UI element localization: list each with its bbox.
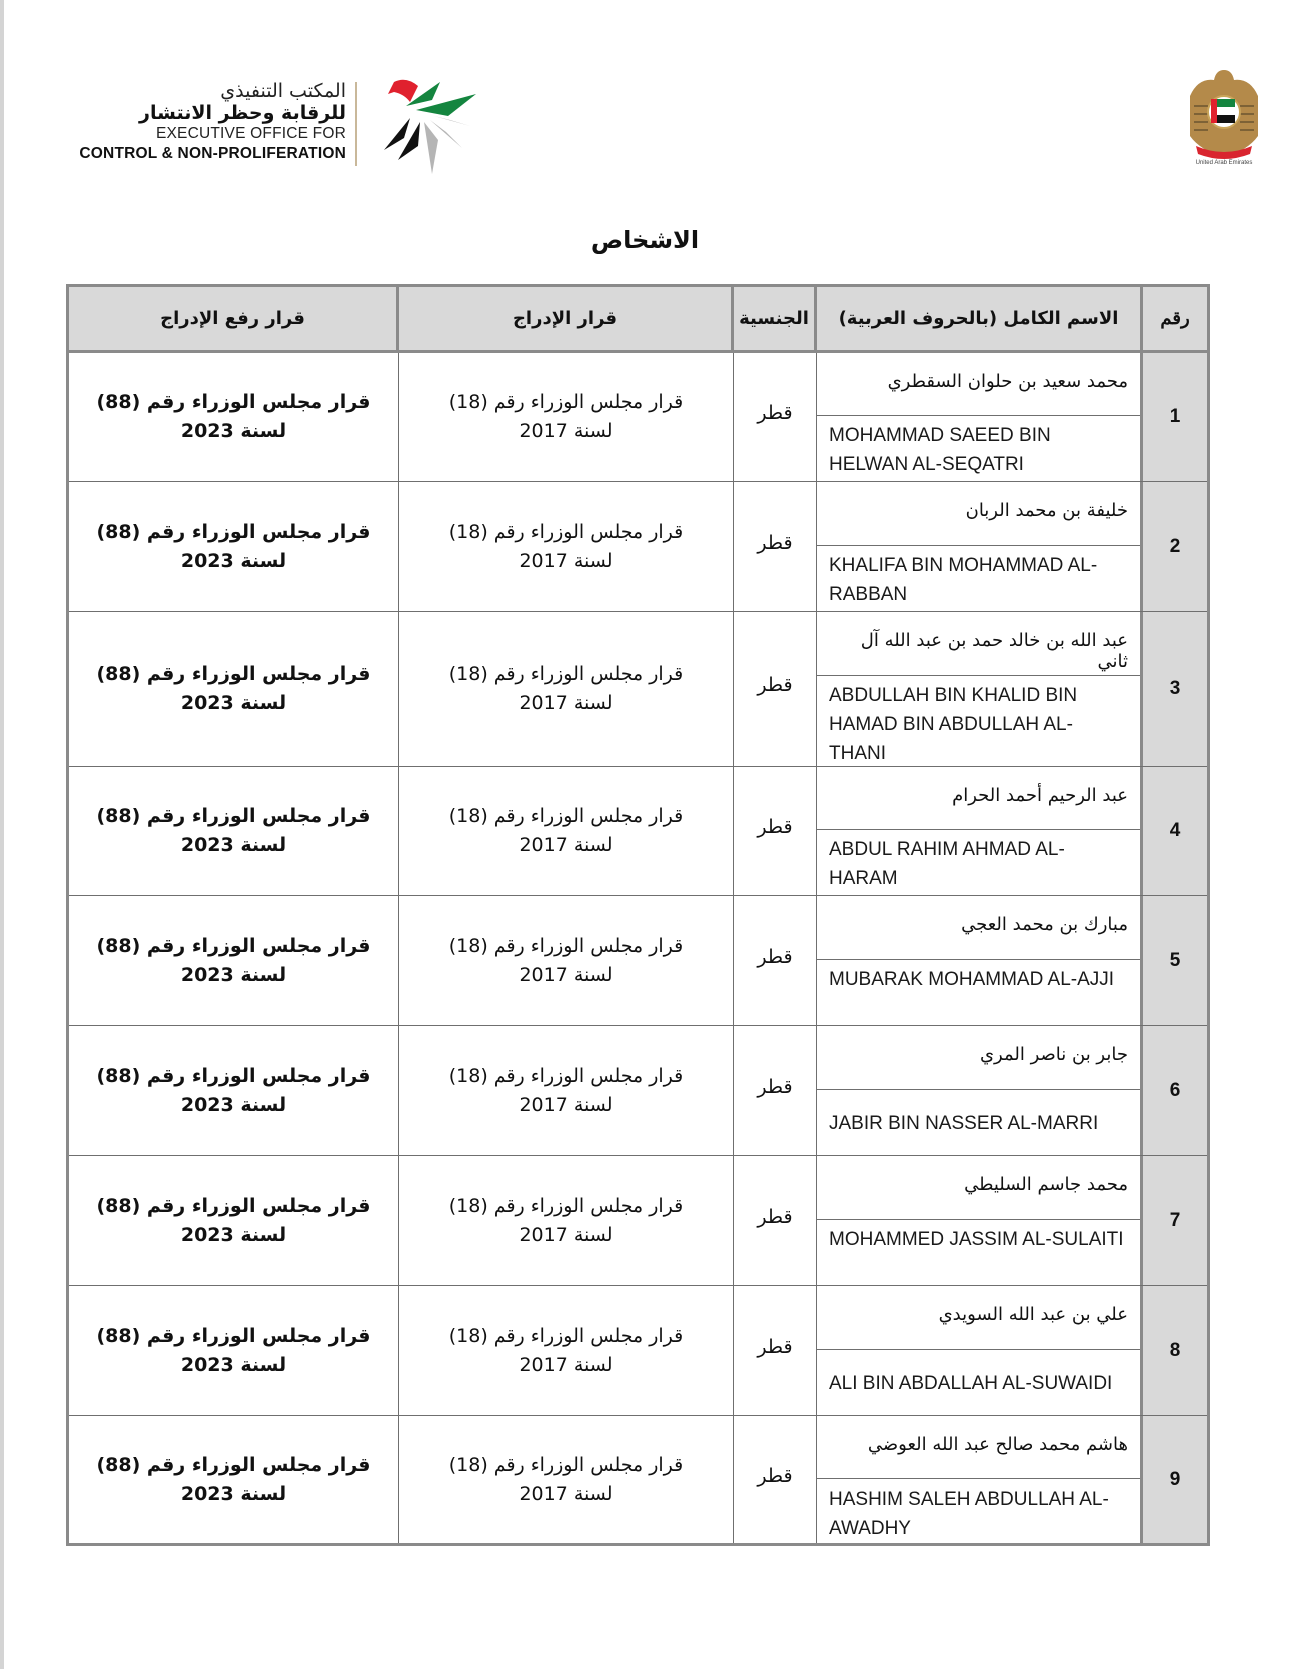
name-en: MUBARAK MOHAMMAD AL-AJJI (817, 959, 1140, 1025)
name-cell: محمد سعيد بن حلوان السقطري MOHAMMAD SAEE… (817, 353, 1143, 481)
name-cell: عبد الله بن خالد حمد بن عبد الله آل ثاني… (817, 612, 1143, 766)
name-en: HASHIM SALEH ABDULLAH AL-AWADHY (817, 1479, 1140, 1543)
table-row: قرار مجلس الوزراء رقم (88) لسنة 2023 قرا… (69, 767, 1207, 896)
listing-cell: قرار مجلس الوزراء رقم (18) لسنة 2017 (399, 767, 734, 895)
row-number: 1 (1143, 353, 1207, 481)
name-en: JABIR BIN NASSER AL-MARRI (817, 1089, 1140, 1155)
col-header-listing: قرار الإدراج (399, 287, 734, 350)
persons-table: قرار رفع الإدراج قرار الإدراج الجنسية ال… (66, 284, 1210, 1546)
name-ar: جابر بن ناصر المري (817, 1026, 1140, 1090)
name-cell: مبارك بن محمد العجي MUBARAK MOHAMMAD AL-… (817, 896, 1143, 1025)
name-cell: خليفة بن محمد الربان KHALIFA BIN MOHAMMA… (817, 482, 1143, 611)
row-number: 5 (1143, 896, 1207, 1025)
row-number: 7 (1143, 1156, 1207, 1285)
name-cell: هاشم محمد صالح عبد الله العوضي HASHIM SA… (817, 1416, 1143, 1543)
eocn-logo: المكتب التنفيذي للرقابة وحظر الانتشار EX… (56, 78, 486, 178)
eocn-falcon-logo-icon (376, 76, 486, 176)
row-number: 2 (1143, 482, 1207, 611)
table-header: قرار رفع الإدراج قرار الإدراج الجنسية ال… (69, 287, 1207, 353)
delisting-cell: قرار مجلس الوزراء رقم (88) لسنة 2023 (69, 1156, 399, 1285)
name-ar: محمد سعيد بن حلوان السقطري (817, 353, 1140, 416)
name-ar: عبد الله بن خالد حمد بن عبد الله آل ثاني (817, 612, 1140, 676)
listing-cell: قرار مجلس الوزراء رقم (18) لسنة 2017 (399, 482, 734, 611)
page-title: الاشخاص (0, 226, 1290, 254)
name-en: ABDULLAH BIN KHALID BIN HAMAD BIN ABDULL… (817, 675, 1140, 766)
org-name-en-line1: EXECUTIVE OFFICE FOR (26, 124, 346, 144)
table-row: قرار مجلس الوزراء رقم (88) لسنة 2023 قرا… (69, 482, 1207, 612)
name-en: ABDUL RAHIM AHMAD AL-HARAM (817, 829, 1140, 895)
row-number: 9 (1143, 1416, 1207, 1543)
emblem-caption: United Arab Emirates (1186, 160, 1262, 166)
org-name-en-line2: CONTROL & NON-PROLIFERATION (26, 144, 346, 164)
delisting-cell: قرار مجلس الوزراء رقم (88) لسنة 2023 (69, 1026, 399, 1155)
name-en: ALI BIN ABDALLAH AL-SUWAIDI (817, 1349, 1140, 1415)
name-cell: علي بن عبد الله السويدي ALI BIN ABDALLAH… (817, 1286, 1143, 1415)
listing-cell: قرار مجلس الوزراء رقم (18) لسنة 2017 (399, 896, 734, 1025)
listing-cell: قرار مجلس الوزراء رقم (18) لسنة 2017 (399, 1026, 734, 1155)
col-header-full-name: الاسم الكامل (بالحروف العربية) (817, 287, 1143, 350)
nationality-cell: قطر (734, 1416, 817, 1543)
name-ar: مبارك بن محمد العجي (817, 896, 1140, 960)
listing-cell: قرار مجلس الوزراء رقم (18) لسنة 2017 (399, 1286, 734, 1415)
table-row: قرار مجلس الوزراء رقم (88) لسنة 2023 قرا… (69, 1156, 1207, 1286)
name-en: MOHAMMED JASSIM AL-SULAITI (817, 1219, 1140, 1285)
nationality-cell: قطر (734, 612, 817, 766)
name-ar: هاشم محمد صالح عبد الله العوضي (817, 1416, 1140, 1479)
row-number: 8 (1143, 1286, 1207, 1415)
table-row: قرار مجلس الوزراء رقم (88) لسنة 2023 قرا… (69, 1286, 1207, 1416)
listing-cell: قرار مجلس الوزراء رقم (18) لسنة 2017 (399, 1416, 734, 1543)
table-row: قرار مجلس الوزراء رقم (88) لسنة 2023 قرا… (69, 1416, 1207, 1543)
nationality-cell: قطر (734, 896, 817, 1025)
row-number: 4 (1143, 767, 1207, 895)
nationality-cell: قطر (734, 1286, 817, 1415)
delisting-cell: قرار مجلس الوزراء رقم (88) لسنة 2023 (69, 353, 399, 481)
listing-cell: قرار مجلس الوزراء رقم (18) لسنة 2017 (399, 1156, 734, 1285)
org-name-ar-line1: المكتب التنفيذي (26, 80, 346, 102)
delisting-cell: قرار مجلس الوزراء رقم (88) لسنة 2023 (69, 482, 399, 611)
col-header-nationality: الجنسية (734, 287, 817, 350)
name-ar: خليفة بن محمد الربان (817, 482, 1140, 546)
delisting-cell: قرار مجلس الوزراء رقم (88) لسنة 2023 (69, 896, 399, 1025)
delisting-cell: قرار مجلس الوزراء رقم (88) لسنة 2023 (69, 1416, 399, 1543)
col-header-number: رقم (1143, 287, 1207, 350)
name-ar: محمد جاسم السليطي (817, 1156, 1140, 1220)
col-header-delisting: قرار رفع الإدراج (69, 287, 399, 350)
delisting-cell: قرار مجلس الوزراء رقم (88) لسنة 2023 (69, 612, 399, 766)
org-name-ar-line2: للرقابة وحظر الانتشار (26, 102, 346, 124)
delisting-cell: قرار مجلس الوزراء رقم (88) لسنة 2023 (69, 1286, 399, 1415)
name-ar: علي بن عبد الله السويدي (817, 1286, 1140, 1350)
name-cell: جابر بن ناصر المري JABIR BIN NASSER AL-M… (817, 1026, 1143, 1155)
table-row: قرار مجلس الوزراء رقم (88) لسنة 2023 قرا… (69, 612, 1207, 767)
table-row: قرار مجلس الوزراء رقم (88) لسنة 2023 قرا… (69, 896, 1207, 1026)
nationality-cell: قطر (734, 353, 817, 481)
logo-divider (355, 82, 357, 166)
listing-cell: قرار مجلس الوزراء رقم (18) لسنة 2017 (399, 353, 734, 481)
nationality-cell: قطر (734, 1156, 817, 1285)
name-ar: عبد الرحيم أحمد الحرام (817, 767, 1140, 830)
name-en: KHALIFA BIN MOHAMMAD AL-RABBAN (817, 545, 1140, 611)
table-row: قرار مجلس الوزراء رقم (88) لسنة 2023 قرا… (69, 353, 1207, 482)
name-cell: عبد الرحيم أحمد الحرام ABDUL RAHIM AHMAD… (817, 767, 1143, 895)
name-cell: محمد جاسم السليطي MOHAMMED JASSIM AL-SUL… (817, 1156, 1143, 1285)
uae-coat-of-arms-icon (1184, 66, 1264, 170)
row-number: 3 (1143, 612, 1207, 766)
delisting-cell: قرار مجلس الوزراء رقم (88) لسنة 2023 (69, 767, 399, 895)
table-row: قرار مجلس الوزراء رقم (88) لسنة 2023 قرا… (69, 1026, 1207, 1156)
nationality-cell: قطر (734, 482, 817, 611)
nationality-cell: قطر (734, 767, 817, 895)
nationality-cell: قطر (734, 1026, 817, 1155)
row-number: 6 (1143, 1026, 1207, 1155)
name-en: MOHAMMAD SAEED BIN HELWAN AL-SEQATRI (817, 415, 1140, 481)
eocn-logo-text: المكتب التنفيذي للرقابة وحظر الانتشار EX… (26, 80, 346, 164)
listing-cell: قرار مجلس الوزراء رقم (18) لسنة 2017 (399, 612, 734, 766)
